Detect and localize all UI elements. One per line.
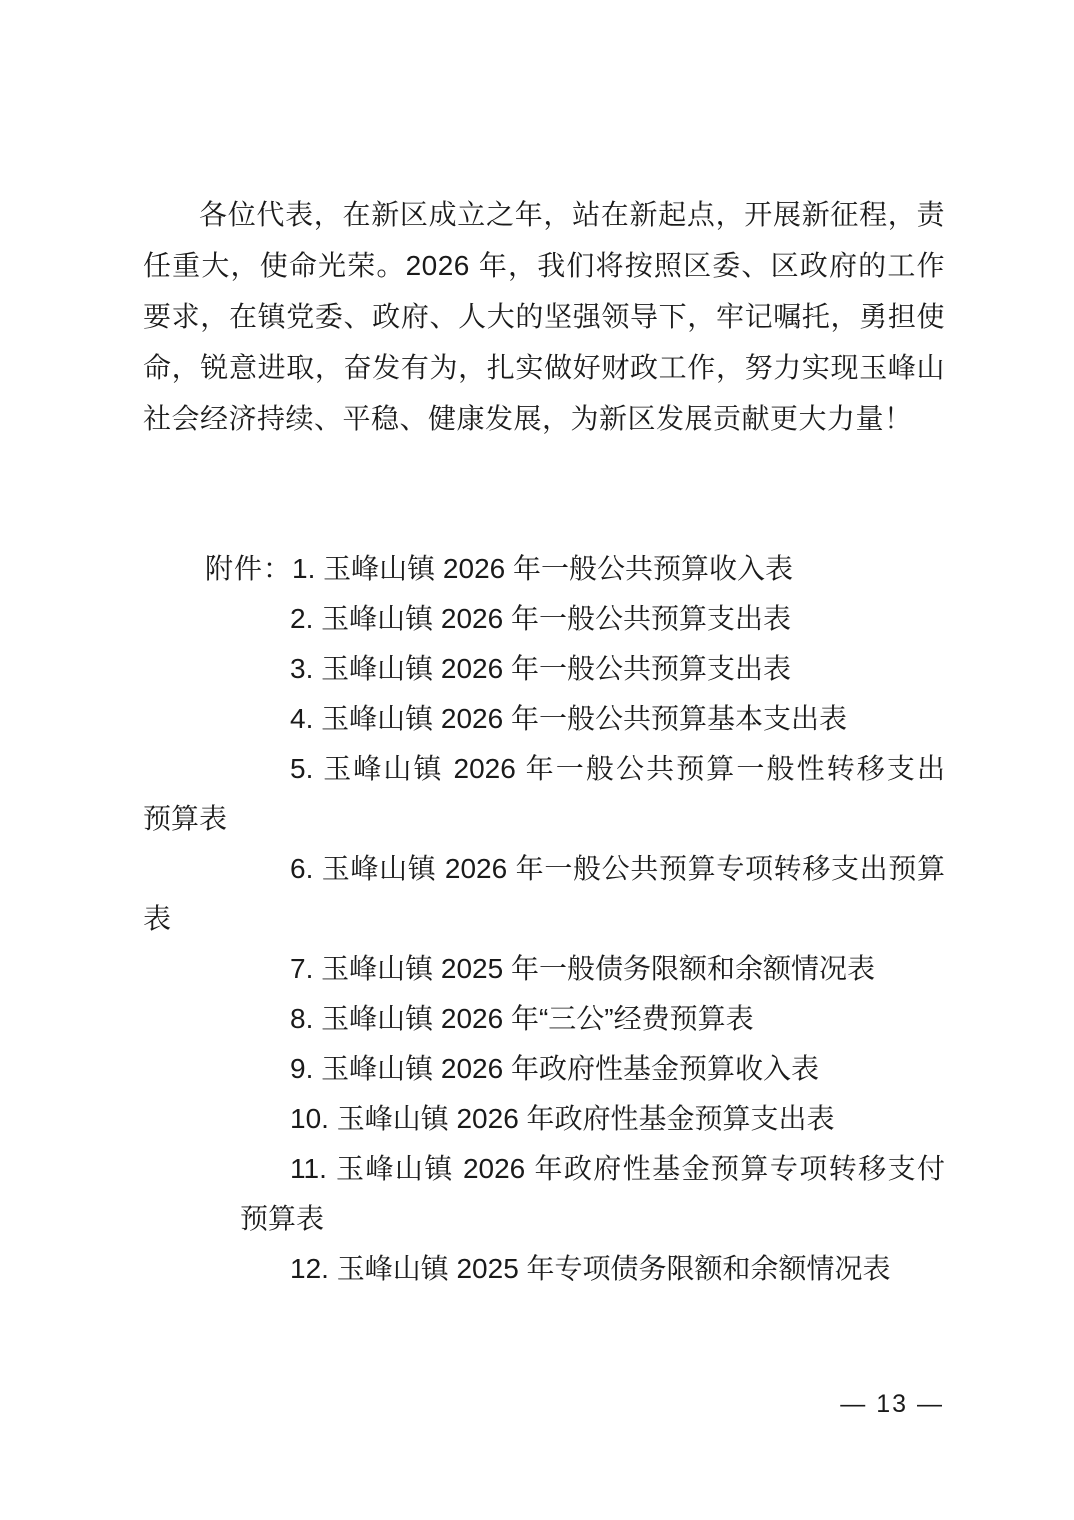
attachment-title-4: 4. 玉峰山镇 2026 年一般公共预算基本支出表 [143, 694, 945, 744]
attachment-title-2: 2. 玉峰山镇 2026 年一般公共预算支出表 [143, 594, 945, 644]
attachment-title-11: 11. 玉峰山镇 2026 年政府性基金预算专项转移支付 [143, 1144, 945, 1194]
attachment-title-9: 9. 玉峰山镇 2026 年政府性基金预算收入表 [143, 1044, 945, 1094]
attachments-list: 附件：1. 玉峰山镇 2026 年一般公共预算收入表 2. 玉峰山镇 2026 … [143, 544, 945, 1294]
attachment-title-6: 6. 玉峰山镇 2026 年一般公共预算专项转移支出预算 [143, 844, 945, 894]
page-number: — 13 — [840, 1390, 944, 1419]
attachment-title-1: 1. 玉峰山镇 2026 年一般公共预算收入表 [292, 553, 793, 584]
attachment-title-3: 3. 玉峰山镇 2026 年一般公共预算支出表 [143, 644, 945, 694]
attachment-title-7: 7. 玉峰山镇 2025 年一般债务限额和余额情况表 [143, 944, 945, 994]
closing-paragraph: 各位代表，在新区成立之年，站在新起点，开展新征程，责任重大，使命光荣。2026 … [143, 189, 945, 444]
attachment-title-8: 8. 玉峰山镇 2026 年“三公”经费预算表 [143, 994, 945, 1044]
attachment-title-6-continuation: 表 [143, 894, 945, 944]
page-content: 各位代表，在新区成立之年，站在新起点，开展新征程，责任重大，使命光荣。2026 … [143, 189, 945, 1294]
attachments-label: 附件： [205, 553, 292, 584]
attachment-title-12: 12. 玉峰山镇 2025 年专项债务限额和余额情况表 [143, 1244, 945, 1294]
attachment-title-5-continuation: 预算表 [143, 794, 945, 844]
attachment-title-10: 10. 玉峰山镇 2026 年政府性基金预算支出表 [143, 1094, 945, 1144]
attachment-title-5: 5. 玉峰山镇 2026 年一般公共预算一般性转移支出 [143, 744, 945, 794]
attachment-line-1: 附件：1. 玉峰山镇 2026 年一般公共预算收入表 [143, 544, 945, 594]
document-page: 各位代表，在新区成立之年，站在新起点，开展新征程，责任重大，使命光荣。2026 … [0, 0, 1074, 1520]
attachment-title-11-continuation: 预算表 [143, 1194, 945, 1244]
